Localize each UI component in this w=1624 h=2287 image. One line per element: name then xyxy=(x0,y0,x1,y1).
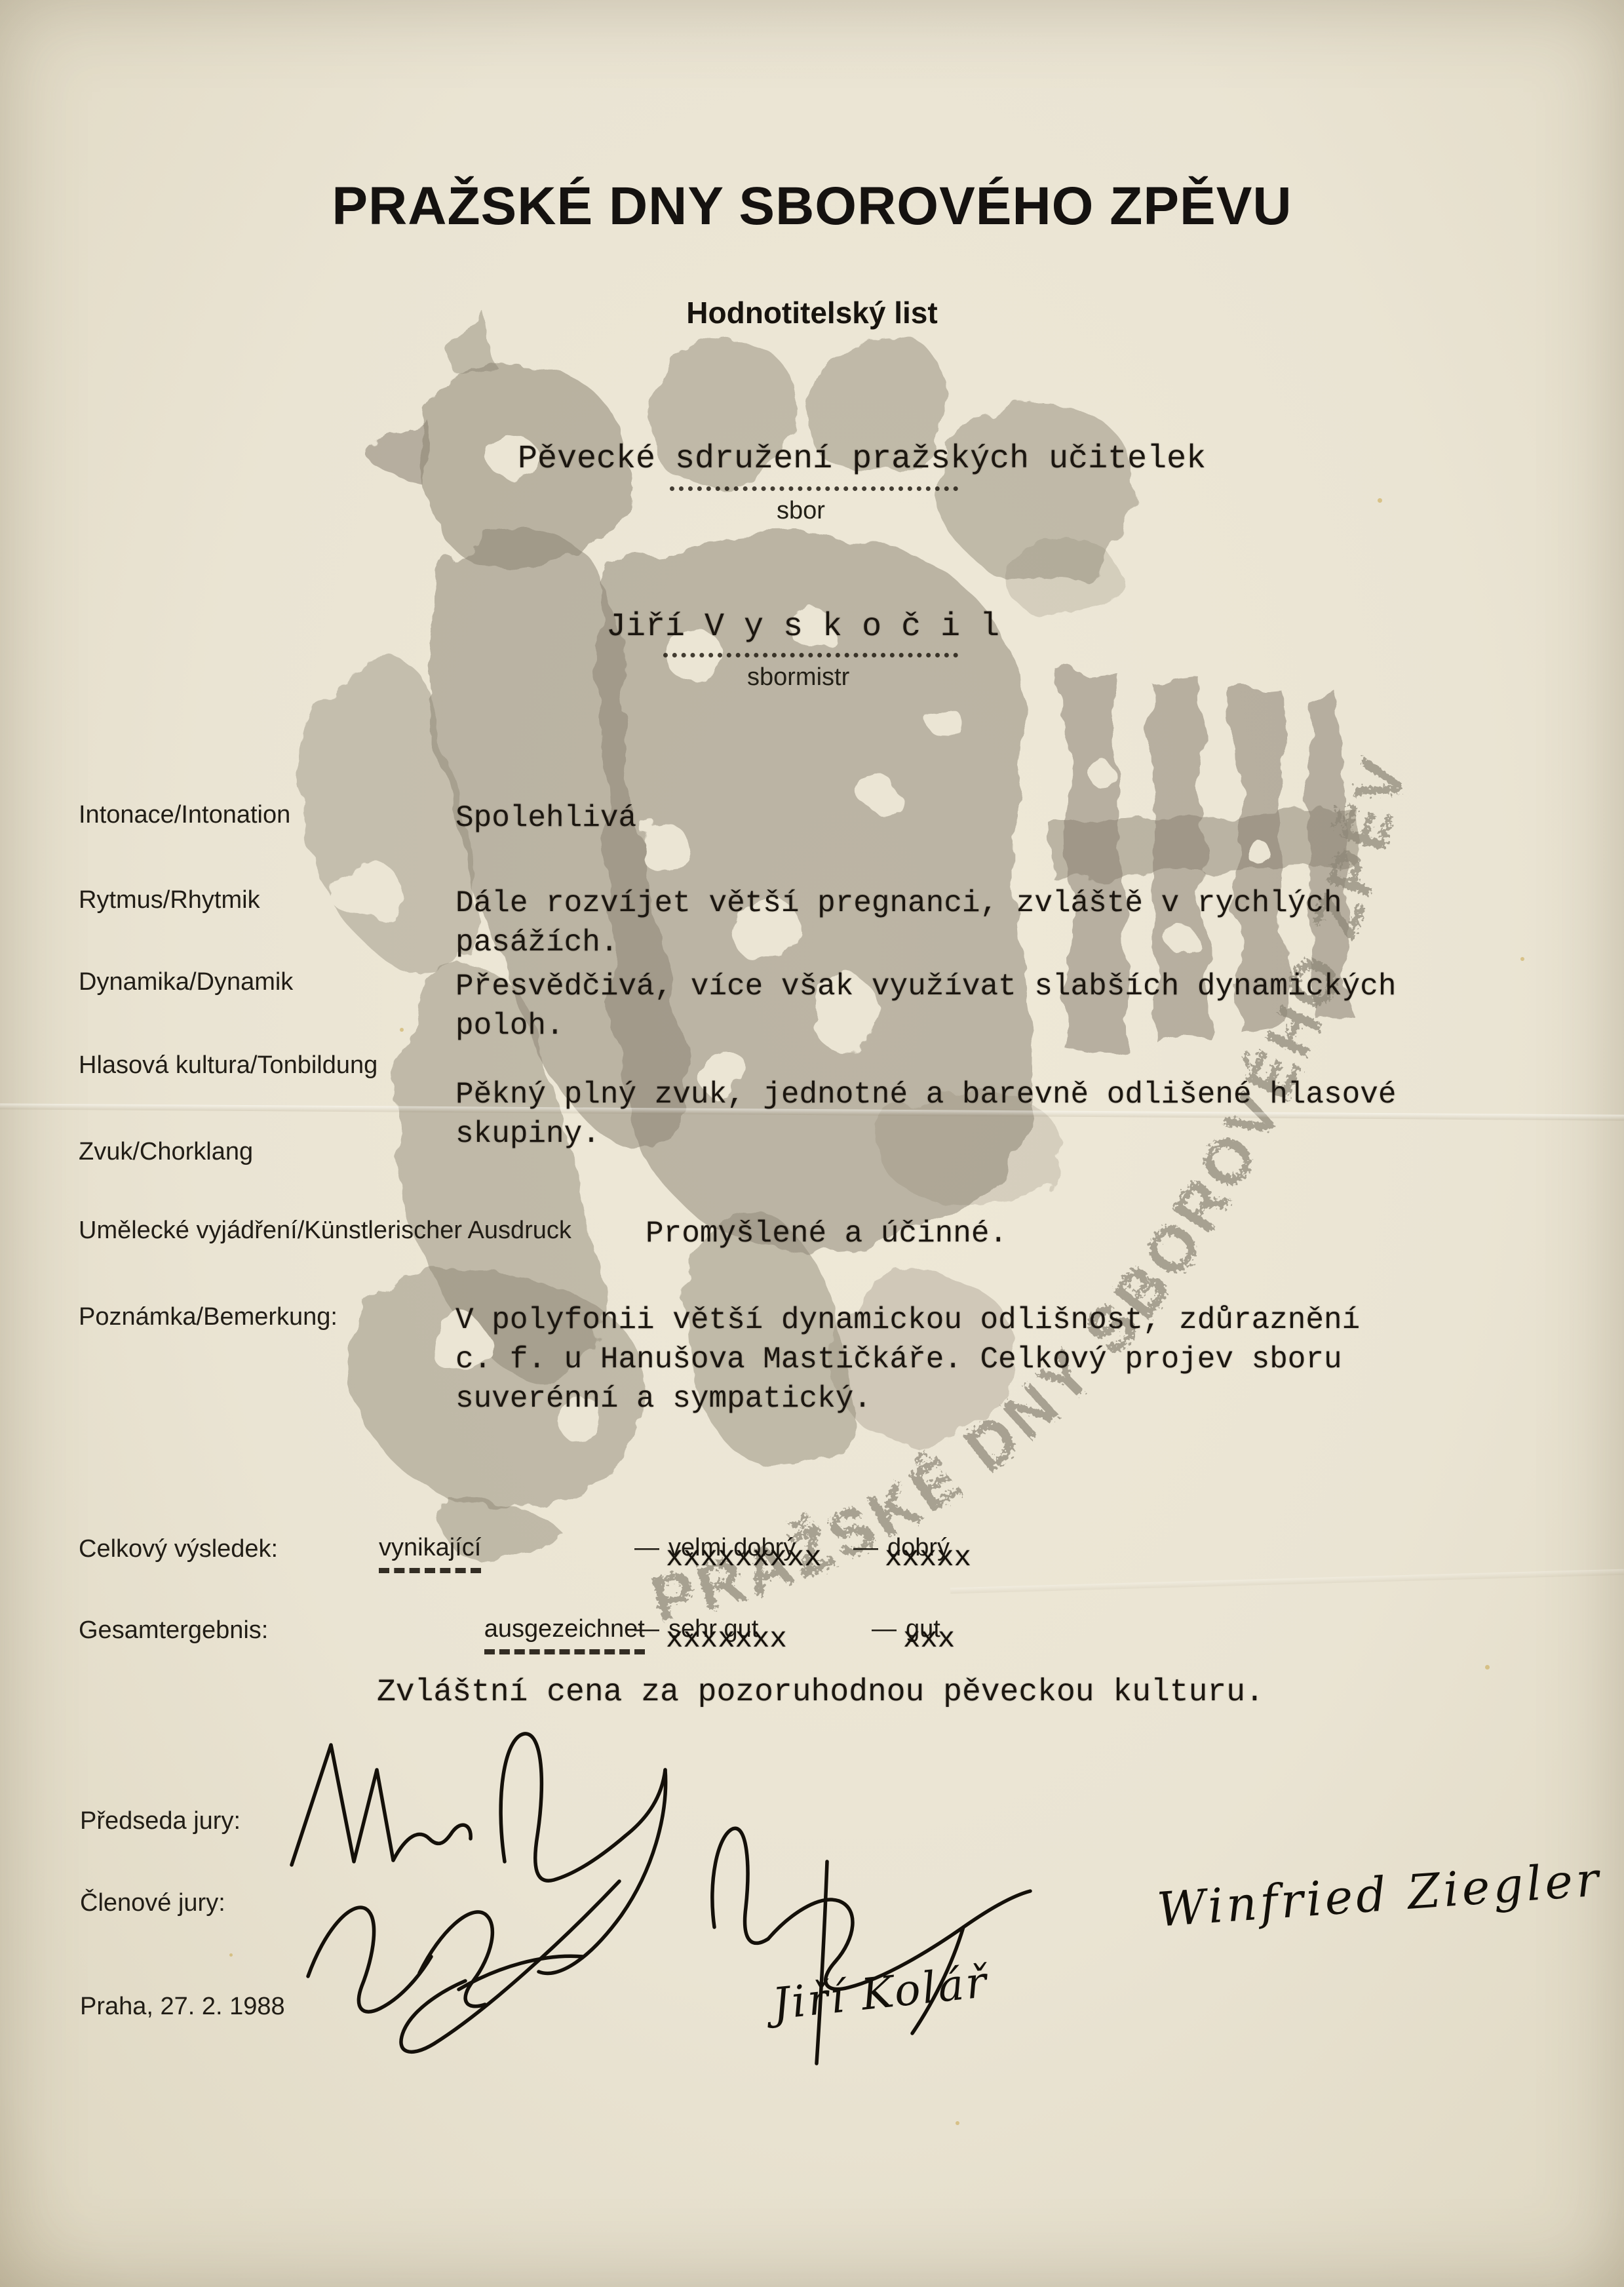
signatures-layer xyxy=(0,0,1624,2287)
scanned-evaluation-sheet: PRAŽSKÉ DNY SBOROVÉHO ZPĚVU PRAŽSKÉ DNY … xyxy=(0,0,1624,2287)
signature-chairman xyxy=(292,1734,666,1974)
signature-member-2 xyxy=(712,1828,1030,2063)
